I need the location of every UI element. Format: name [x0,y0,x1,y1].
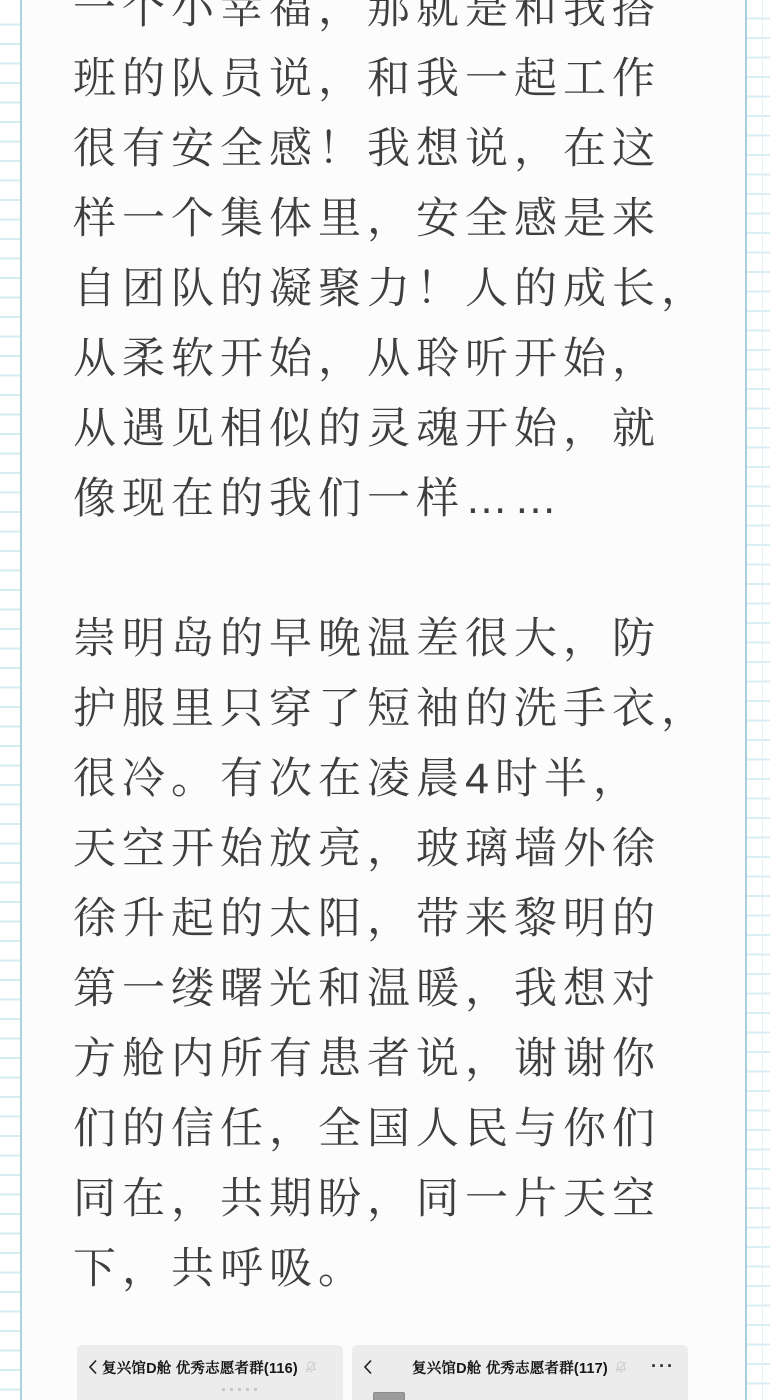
handwritten-line: 很有安全感！我想说，在这 [73,114,723,184]
handwritten-line: 方舱内所有患者说，谢谢你 [73,1024,723,1094]
cropped-avatar-block [373,1392,405,1400]
handwritten-line: 从遇见相似的灵魂开始，就 [73,394,723,464]
muted-bell-icon [304,1360,318,1374]
notebook-left-margin [0,0,22,1400]
handwritten-line: 班的队员说，和我一起工作 [73,44,723,114]
chat-header-right: 复兴馆D舱 优秀志愿者群(117) ··· [352,1345,688,1400]
handwritten-line: 们的信任，全国人民与你们 [73,1094,723,1164]
paragraph-gap [73,534,723,604]
chat-header-left: 复兴馆D舱 优秀志愿者群(116) [77,1345,343,1400]
handwritten-text: 一个小幸福，那就是和我搭 班的队员说，和我一起工作 很有安全感！我想说，在这 样… [73,0,723,1304]
chat-screenshots-strip: 复兴馆D舱 优秀志愿者群(116) 复兴馆D舱 优秀志愿者群(117) [77,1345,688,1400]
handwritten-line: 下，共呼吸。 [73,1234,723,1304]
faint-dots [222,1388,258,1391]
handwritten-line: 同在，共期盼，同一片天空 [73,1164,723,1234]
handwritten-line: 从柔软开始，从聆听开始， [73,324,723,394]
handwritten-line: 徐升起的太阳，带来黎明的 [73,884,723,954]
handwritten-line: 天空开始放亮，玻璃墙外徐 [73,814,723,884]
handwritten-line: 像现在的我们一样…… [73,464,723,534]
handwritten-line: 护服里只穿了短袖的洗手衣， [73,674,723,744]
notebook-right-margin [745,0,770,1400]
handwritten-line: 第一缕曙光和温暖，我想对 [73,954,723,1024]
more-options-button[interactable]: ··· [651,1356,675,1376]
page: 一个小幸福，那就是和我搭 班的队员说，和我一起工作 很有安全感！我想说，在这 样… [0,0,770,1400]
muted-bell-icon [614,1360,628,1374]
chat-title: 复兴馆D舱 优秀志愿者群(116) [102,1357,298,1378]
handwritten-line: 自团队的凝聚力！人的成长， [73,254,723,324]
handwritten-line: 样一个集体里，安全感是来 [73,184,723,254]
handwritten-line: 一个小幸福，那就是和我搭 [73,0,723,44]
handwritten-line: 很冷。有次在凌晨4时半， [73,744,723,814]
handwritten-line: 崇明岛的早晚温差很大，防 [73,604,723,674]
chat-title: 复兴馆D舱 优秀志愿者群(117) [412,1357,608,1378]
